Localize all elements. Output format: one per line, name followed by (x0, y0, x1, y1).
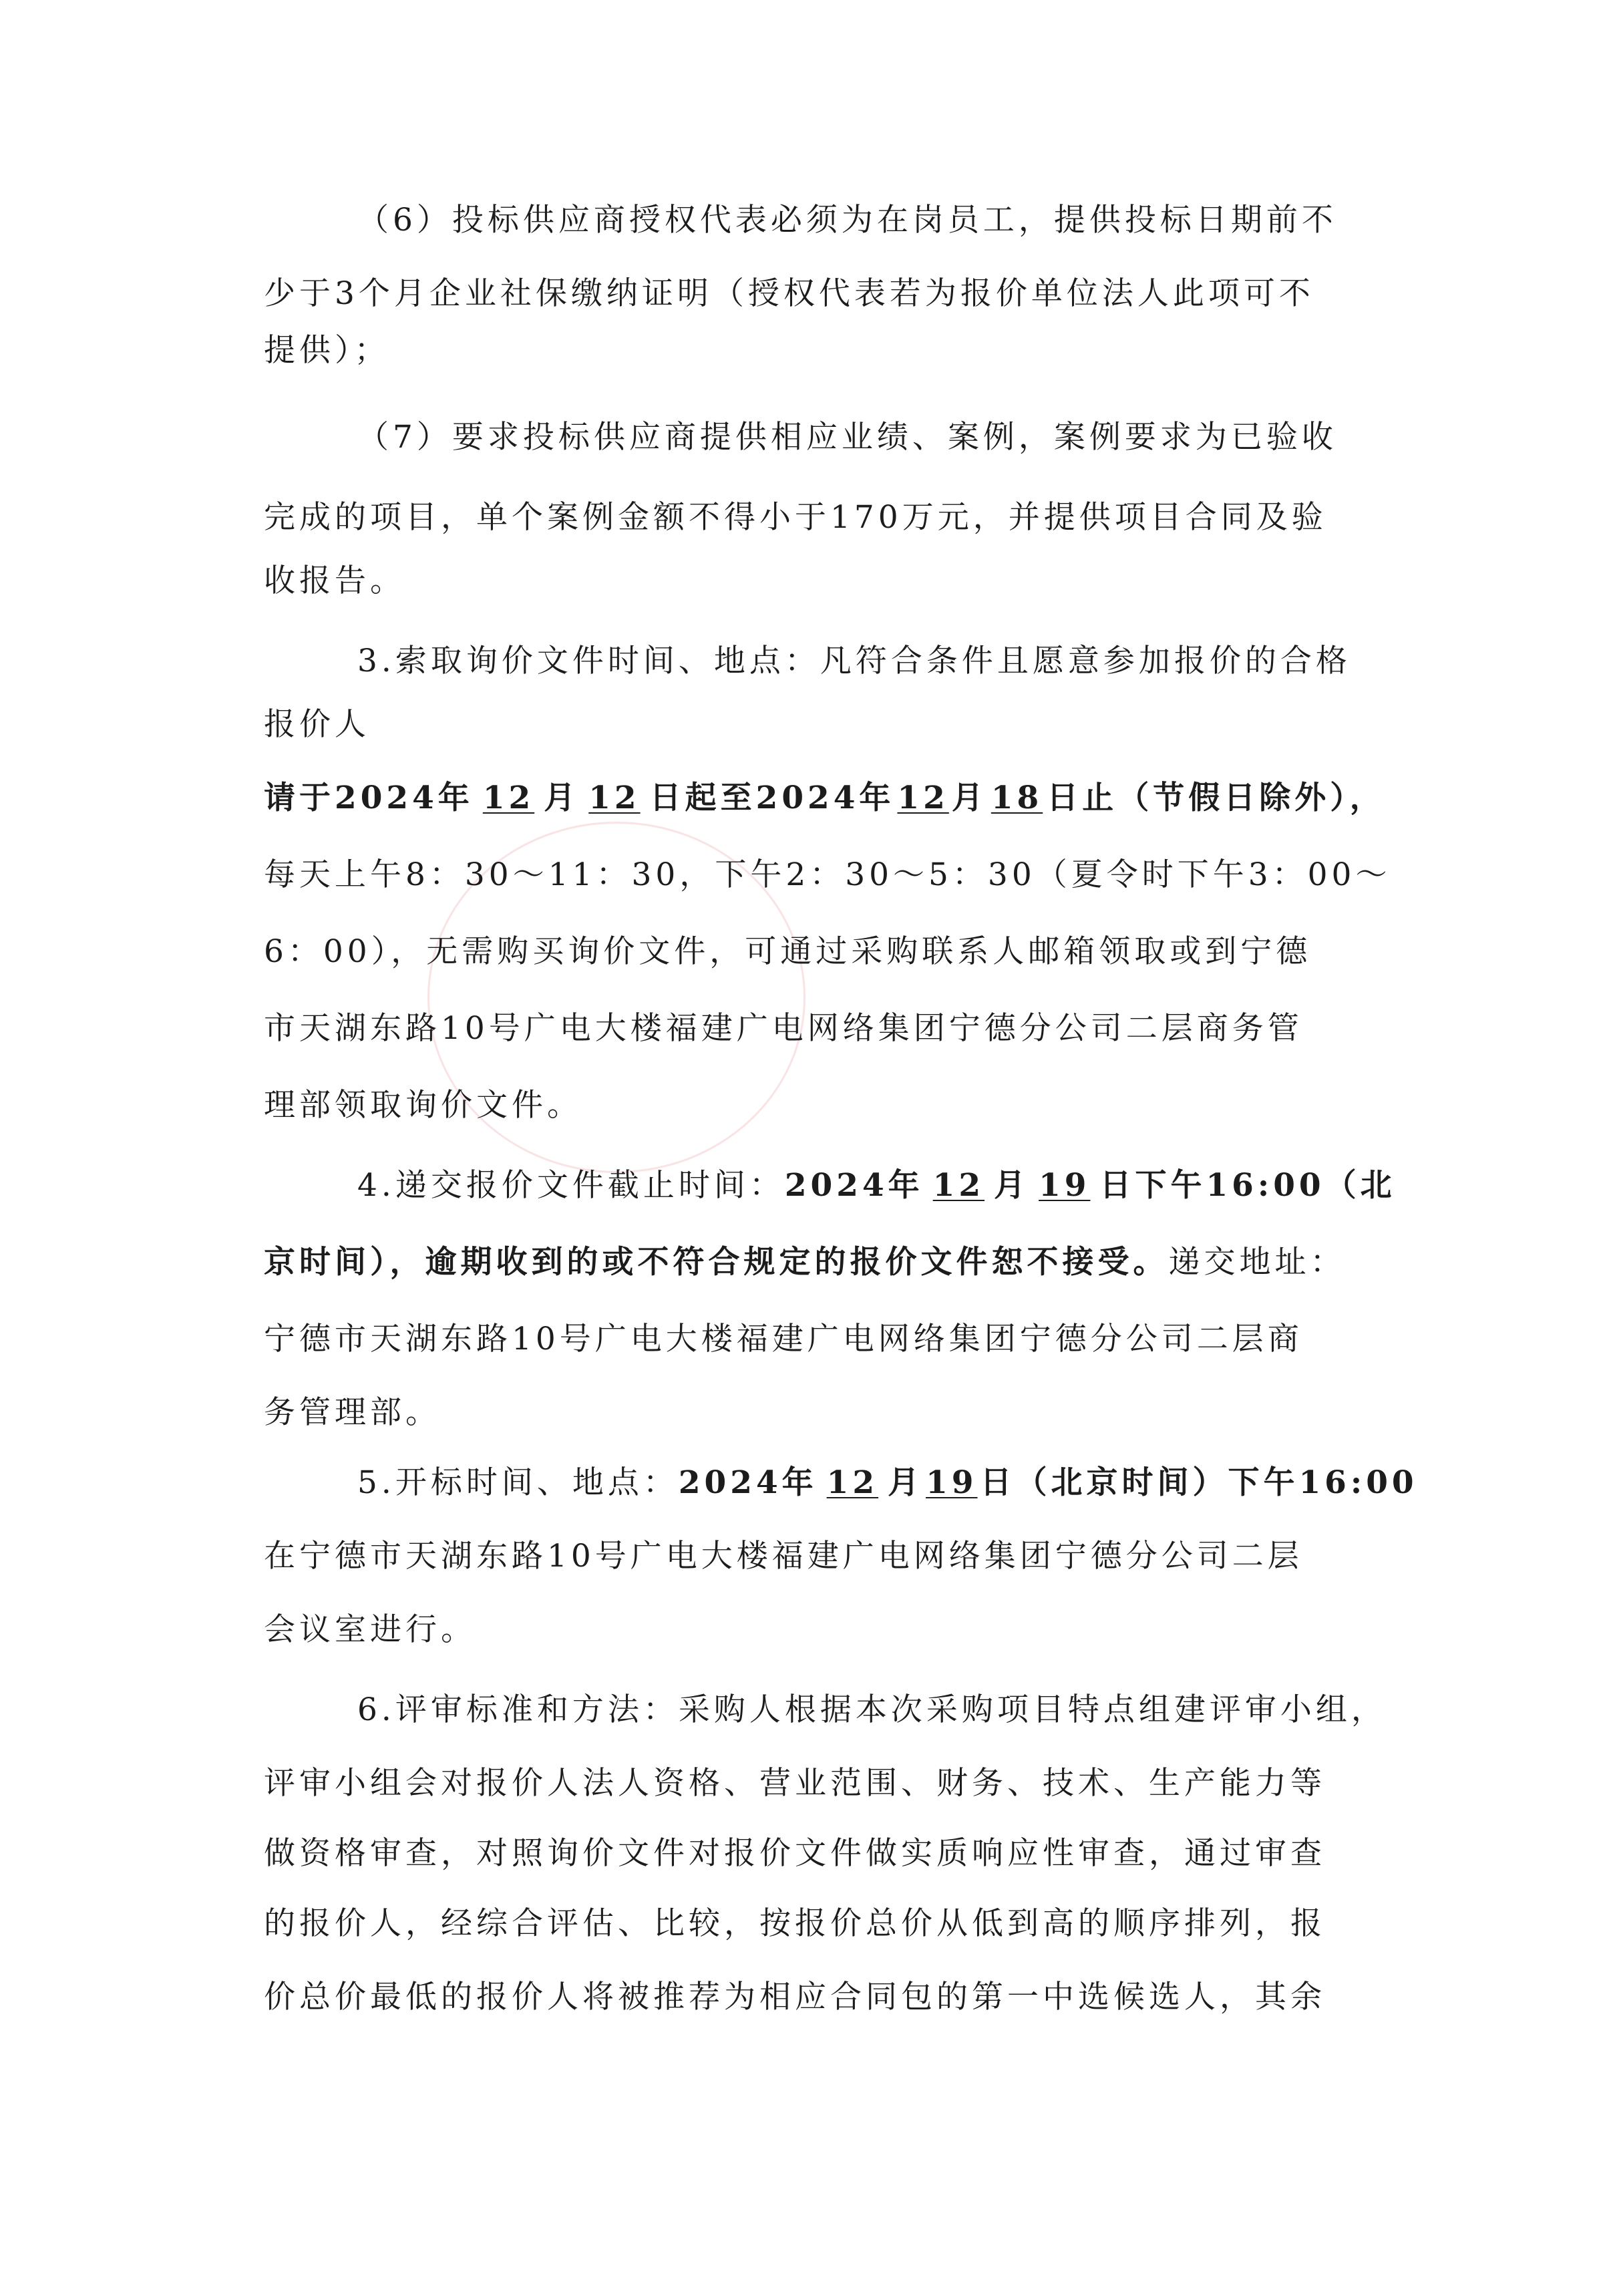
section3-line7: 理部领取询价文件。 (264, 1086, 582, 1126)
section3-line2: 报价人 (264, 705, 370, 745)
s5-prefix: 5.开标时间、地点： (357, 1464, 679, 1501)
section6-line5: 价总价最低的报价人将被推荐为相应合同包的第一中选候选人，其余 (264, 1977, 1326, 2017)
s3-mid: 日起至2024年 (650, 780, 895, 816)
s3-day-end: 18 (987, 780, 1047, 816)
s4-year: 2024年 (785, 1167, 924, 1204)
section4-line2: 京时间），逾期收到的或不符合规定的报价文件恕不接受。递交地址： (264, 1243, 1346, 1283)
s5-day: 19 (923, 1464, 980, 1501)
s5-month-label: 月 (888, 1464, 923, 1501)
section3-line5: 6：00），无需购买询价文件，可通过采购联系人邮箱领取或到宁德 (264, 932, 1311, 972)
s5-year: 2024年 (679, 1464, 818, 1501)
s5-suffix: 日（北京时间）下午16:00 (980, 1464, 1417, 1501)
s5-month: 12 (818, 1464, 888, 1501)
section4-line4: 务管理部。 (264, 1393, 441, 1433)
s4-address-label: 递交地址： (1169, 1244, 1346, 1281)
section5-line1: 5.开标时间、地点：2024年12月19日（北京时间）下午16:00 (357, 1463, 1418, 1503)
item7-line1: （7）要求投标供应商提供相应业绩、案例，案例要求为已验收 (357, 418, 1337, 458)
s3-month-end: 12 (894, 780, 951, 816)
item7-line2: 完成的项目，单个案例金额不得小于170万元，并提供项目合同及验 (264, 498, 1327, 538)
item7-line3: 收报告。 (264, 561, 405, 601)
section5-line2: 在宁德市天湖东路10号广电大楼福建广电网络集团宁德分公司二层 (264, 1536, 1303, 1577)
s3-month-label: 月 (544, 780, 579, 816)
s4-prefix: 4.递交报价文件截止时间： (357, 1167, 785, 1204)
s3-prefix: 请于2024年 (264, 780, 474, 816)
section4-line3: 宁德市天湖东路10号广电大楼福建广电网络集团宁德分公司二层商 (264, 1319, 1303, 1359)
s4-suffix: 日下午16:00（北 (1099, 1167, 1395, 1204)
s4-day: 19 (1029, 1167, 1099, 1204)
s4-late-warning: 京时间），逾期收到的或不符合规定的报价文件恕不接受。 (264, 1244, 1169, 1281)
s3-month-start: 12 (474, 780, 544, 816)
section6-line1: 6.评审标准和方法：采购人根据本次采购项目特点组建评审小组， (357, 1690, 1387, 1730)
section3-line3: 请于2024年12月12日起至2024年12月18日止（节假日除外）， (264, 778, 1385, 818)
section3-line6: 市天湖东路10号广电大楼福建广电网络集团宁德分公司二层商务管 (264, 1009, 1303, 1049)
item6-line1: （6）投标供应商授权代表必须为在岗员工，提供投标日期前不 (357, 200, 1337, 240)
section6-line2: 评审小组会对报价人法人资格、营业范围、财务、技术、生产能力等 (264, 1764, 1326, 1804)
s4-month: 12 (924, 1167, 994, 1204)
section3-line1: 3.索取询价文件时间、地点：凡符合条件且愿意参加报价的合格 (357, 641, 1351, 681)
s4-month-label: 月 (994, 1167, 1029, 1204)
section6-line4: 的报价人，经综合评估、比较，按报价总价从低到高的顺序排列，报 (264, 1904, 1326, 1944)
item6-line3: 提供）； (264, 331, 390, 371)
section4-line1: 4.递交报价文件截止时间：2024年12月19日下午16:00（北 (357, 1166, 1396, 1206)
section6-line3: 做资格审查，对照询价文件对报价文件做实质响应性审查，通过审查 (264, 1834, 1326, 1874)
section3-line4: 每天上午8：30～11：30，下午2：30～5：30（夏令时下午3：00～ (264, 855, 1391, 895)
section5-line3: 会议室进行。 (264, 1610, 476, 1650)
s3-suffix: 日止（节假日除外）， (1047, 780, 1385, 816)
s3-month-label2: 月 (952, 780, 987, 816)
item6-line2: 少于3个月企业社保缴纳证明（授权代表若为报价单位法人此项可不 (264, 274, 1314, 314)
s3-day-start: 12 (579, 780, 649, 816)
